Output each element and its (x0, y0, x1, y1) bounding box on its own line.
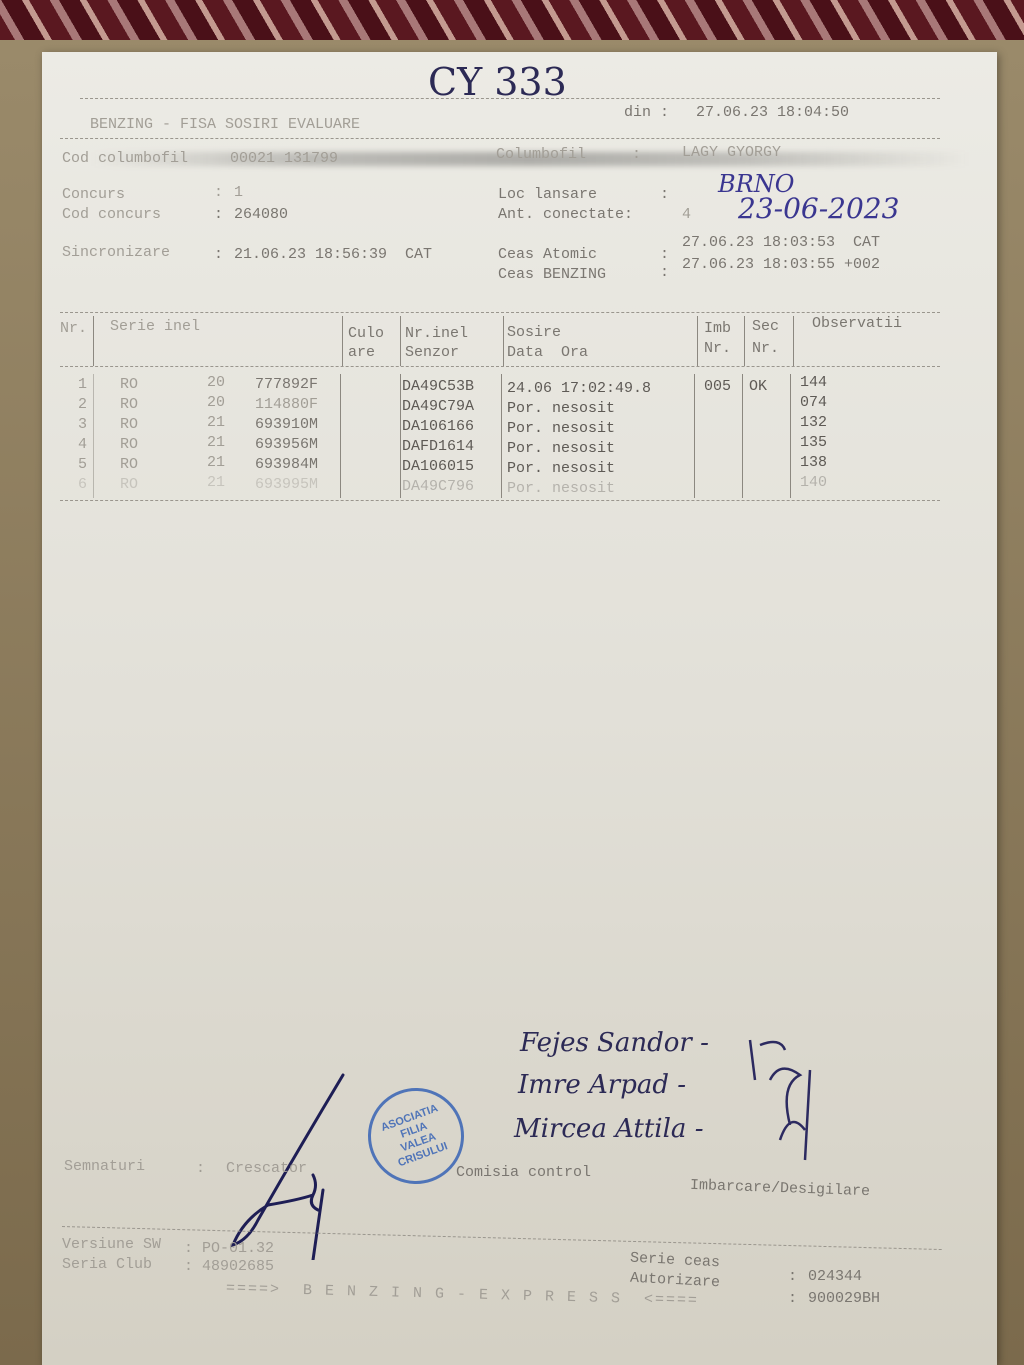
divider (60, 138, 940, 139)
signature-line-1: Fejes Sandor - (520, 1028, 709, 1058)
crescator-label: Crescator (226, 1160, 307, 1177)
fancier-label: Columbofil (496, 146, 586, 163)
signature-line-2: Imre Arpad - (518, 1070, 686, 1100)
date-label: din (624, 104, 651, 121)
fancier-name: LAGY GYORGY (682, 144, 781, 161)
document-title: BENZING - FISA SOSIRI EVALUARE (90, 116, 360, 133)
concurs-value: 1 (234, 184, 243, 201)
serie-ceas-value: 024344 (808, 1268, 862, 1285)
concurs-label: Concurs (62, 186, 125, 203)
col-header-sosire: Sosire (507, 324, 561, 341)
col-header-nr: Nr. (60, 320, 87, 337)
ceas-atomic-label: Ceas Atomic (498, 246, 597, 263)
col-header-serie: Serie inel (110, 318, 200, 335)
ant-conectate-value: 4 (682, 206, 691, 223)
report-date: 27.06.23 18:04:50 (696, 104, 849, 121)
cod-concurs-label: Cod concurs (62, 206, 161, 223)
handwritten-release-date: 23-06-2023 (738, 192, 899, 225)
committee-initials-icon (740, 1020, 870, 1170)
col-header-sec: Sec (752, 318, 779, 335)
sync-value: 21.06.23 18:56:39 CAT (234, 246, 432, 263)
cod-concurs-value: 264080 (234, 206, 288, 223)
col-header-observatii: Observatii (812, 315, 902, 332)
ceas-benzing-label: Ceas BENZING (498, 266, 606, 283)
fancier-id-label: Cod columbofil (62, 150, 188, 167)
versiune-label: Versiune SW (62, 1236, 161, 1253)
signature-line-3: Mircea Attila - (514, 1114, 703, 1144)
ant-conectate-label: Ant. conectate: (498, 206, 633, 223)
ceas-benzing-value: 27.06.23 18:03:55 +002 (682, 256, 880, 273)
autorizare-value: 900029BH (808, 1290, 880, 1307)
versiune-value: PO-01.32 (202, 1240, 274, 1257)
semnaturi-label: Semnaturi (64, 1158, 145, 1175)
col-header-culoare: Culo (348, 325, 384, 342)
fancier-id: 00021 131799 (230, 150, 338, 167)
loc-lansare-label: Loc lansare (498, 186, 597, 203)
ceas-atomic-value: 27.06.23 18:03:53 CAT (682, 234, 880, 251)
club-label: Seria Club (62, 1256, 152, 1273)
club-value: 48902685 (202, 1258, 274, 1275)
comisia-label: Comisia control (456, 1164, 591, 1181)
col-header-imb: Imb (704, 320, 731, 337)
divider (80, 98, 940, 99)
col-header-sensor: Nr.inel (405, 325, 468, 342)
sync-label: Sincronizare (62, 244, 170, 261)
